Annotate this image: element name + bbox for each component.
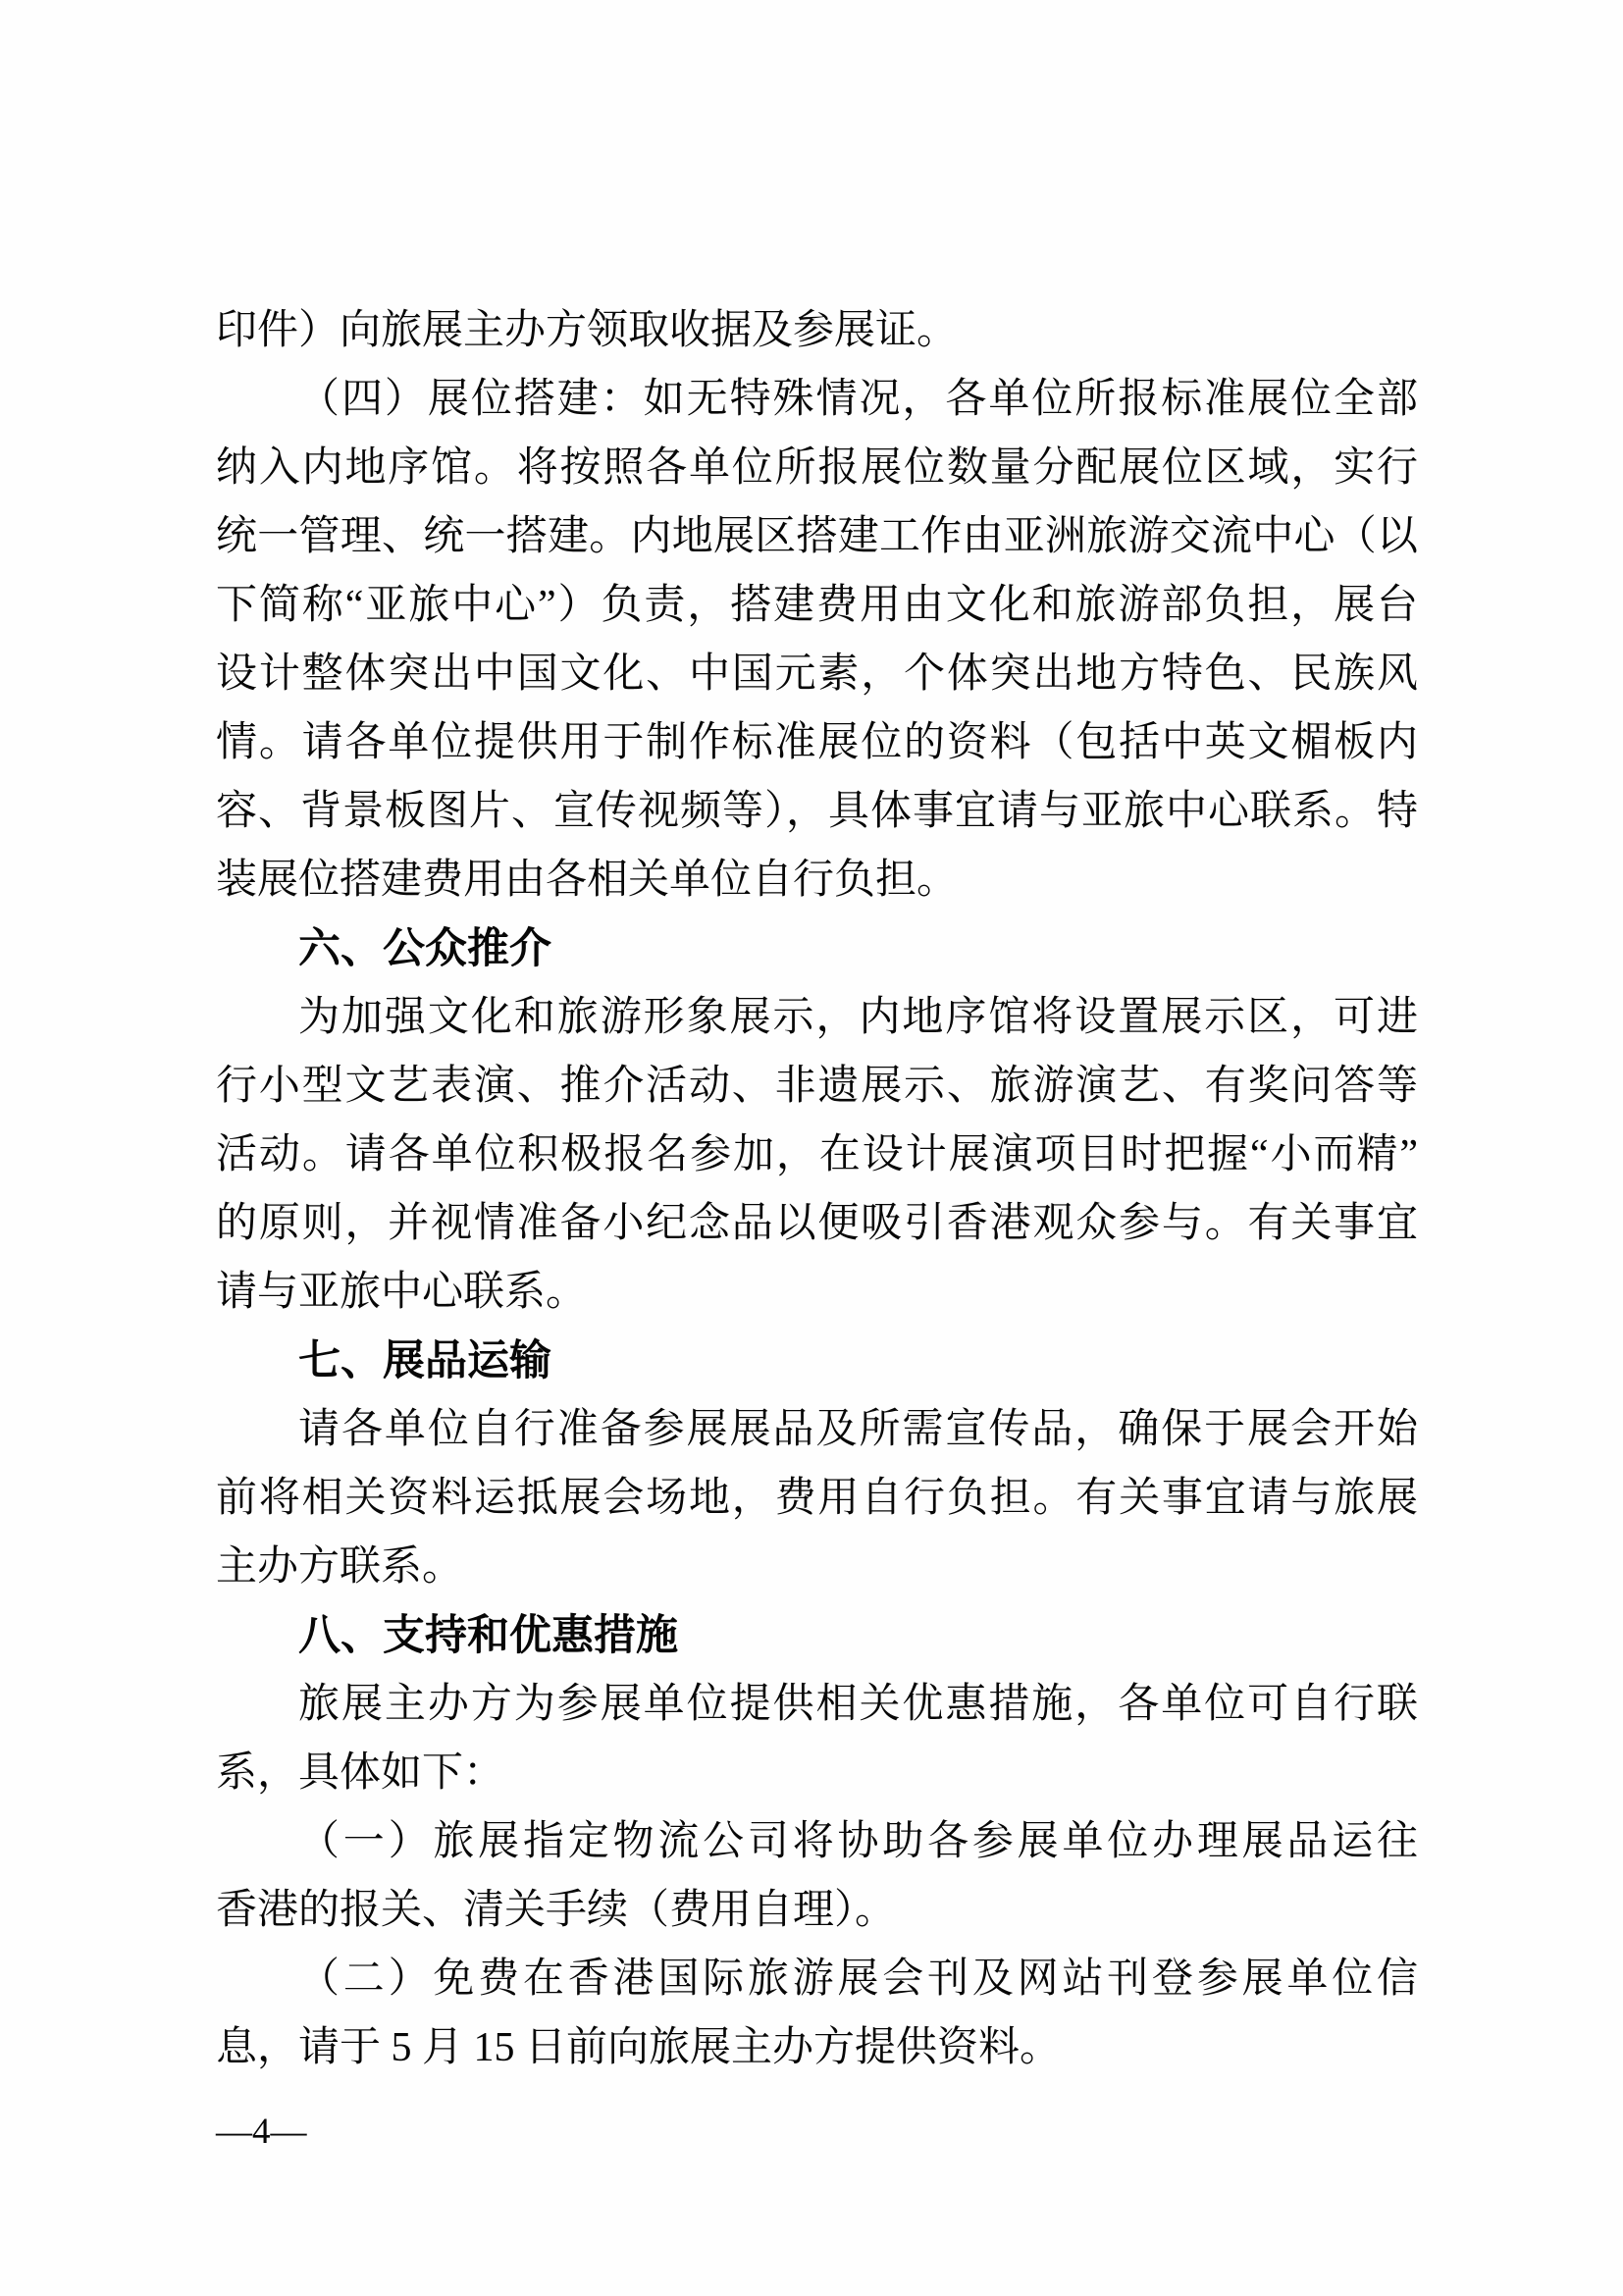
body-line-paragraph-end: 主办方联系。 — [216, 1533, 1418, 1601]
body-line-paragraph-start: 为加强文化和旅游形象展示，内地序馆将设置展示区，可进 — [216, 983, 1418, 1052]
body-line-item4-start: （四）展位搭建：如无特殊情况，各单位所报标准展位全部 — [216, 365, 1418, 434]
body-line: 情。请各单位提供用于制作标准展位的资料（包括中英文楣板内 — [216, 708, 1418, 777]
body-line-paragraph-end: 息，请于 5 月 15 日前向旅展主办方提供资料。 — [216, 2013, 1418, 2082]
body-line-paragraph-end: 香港的报关、清关手续（费用自理）。 — [216, 1876, 1418, 1945]
heading-section-eight: 八、支持和优惠措施 — [216, 1601, 1418, 1670]
body-line-paragraph-end: 系，具体如下： — [216, 1739, 1418, 1807]
body-line-paragraph-start: 请各单位自行准备参展展品及所需宣传品，确保于展会开始 — [216, 1395, 1418, 1464]
heading-section-six: 六、公众推介 — [216, 914, 1418, 983]
heading-section-seven: 七、展品运输 — [216, 1327, 1418, 1395]
body-line: 下简称“亚旅中心”）负责，搭建费用由文化和旅游部负担，展台 — [216, 571, 1418, 640]
document-body: 印件）向旅展主办方领取收据及参展证。 （四）展位搭建：如无特殊情况，各单位所报标… — [216, 296, 1418, 2082]
body-line: 容、背景板图片、宣传视频等），具体事宜请与亚旅中心联系。特 — [216, 777, 1418, 846]
body-line: 活动。请各单位积极报名参加，在设计展演项目时把握“小而精” — [216, 1121, 1418, 1189]
body-line: 统一管理、统一搭建。内地展区搭建工作由亚洲旅游交流中心（以 — [216, 502, 1418, 571]
body-line-item1-start: （一）旅展指定物流公司将协助各参展单位办理展品运往 — [216, 1807, 1418, 1876]
page-number: —4— — [216, 2110, 307, 2155]
body-line-continuation: 印件）向旅展主办方领取收据及参展证。 — [216, 296, 1418, 365]
scanned-document-page: 印件）向旅展主办方领取收据及参展证。 （四）展位搭建：如无特殊情况，各单位所报标… — [0, 0, 1623, 2296]
body-line-paragraph-end: 装展位搭建费用由各相关单位自行负担。 — [216, 846, 1418, 914]
body-line: 行小型文艺表演、推介活动、非遗展示、旅游演艺、有奖问答等 — [216, 1052, 1418, 1121]
body-line: 前将相关资料运抵展会场地，费用自行负担。有关事宜请与旅展 — [216, 1464, 1418, 1533]
body-line-paragraph-end: 请与亚旅中心联系。 — [216, 1258, 1418, 1327]
body-line: 设计整体突出中国文化、中国元素，个体突出地方特色、民族风 — [216, 640, 1418, 708]
body-line: 纳入内地序馆。将按照各单位所报展位数量分配展位区域，实行 — [216, 434, 1418, 502]
body-line-item2-start: （二）免费在香港国际旅游展会刊及网站刊登参展单位信 — [216, 1945, 1418, 2013]
body-line: 的原则，并视情准备小纪念品以便吸引香港观众参与。有关事宜 — [216, 1189, 1418, 1258]
body-line-paragraph-start: 旅展主办方为参展单位提供相关优惠措施，各单位可自行联 — [216, 1670, 1418, 1739]
